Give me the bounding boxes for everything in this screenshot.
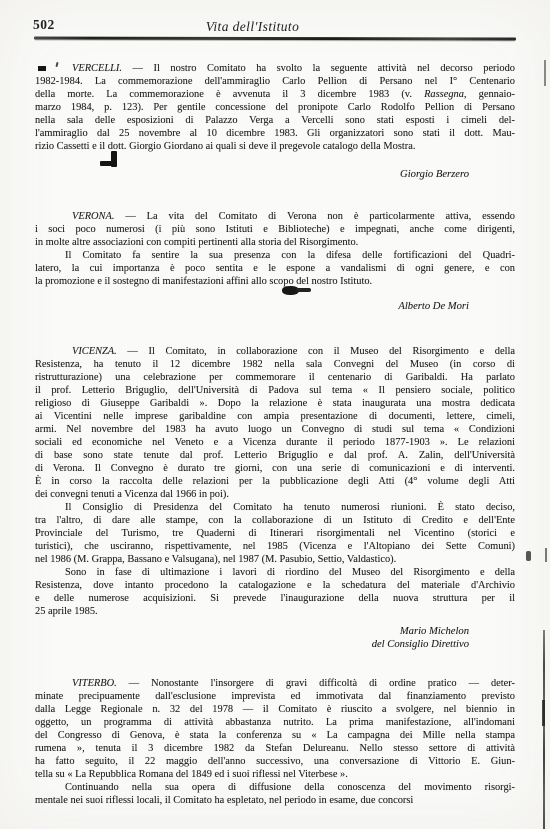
text-line: ai Vicentini nelle imprese garibaldine c… — [35, 410, 515, 423]
text-line: dei convegni tenuti a Vicenza dal 1966 i… — [35, 488, 515, 501]
text-line: i soci poco numerosi (i più sono Istitut… — [35, 223, 515, 236]
paragraph: Sono in fase di ultimazione i lavori di … — [35, 566, 515, 618]
text-line: l'ammiraglio dal 25 novembre al 10 dicem… — [35, 127, 515, 140]
text-line: tra l'altro, di dare alle stampe, con la… — [35, 514, 515, 527]
text-line: nel 1986 (M. Grappa, Bassano e Valsugana… — [35, 553, 515, 566]
paragraph: VITERBO. — Nonostante l'insorgere di gra… — [35, 677, 515, 781]
page-edge-tick — [545, 548, 547, 562]
page-edge-streak-long — [543, 630, 545, 829]
text-line: Sono in fase di ultimazione i lavori di … — [35, 566, 515, 579]
text-line: sociali ed economiche nel Veneto e a Vic… — [35, 436, 515, 449]
text-line: VERONA. — La vita del Comitato di Verona… — [35, 210, 515, 223]
paragraph: Il Consiglio di Presidenza del Comitato … — [35, 501, 515, 566]
text-line: ristrutturazione) una celebrazione per c… — [35, 371, 515, 384]
text-line: Continuando nella sua opera di diffusion… — [35, 781, 515, 794]
text-line: armi. Nel novembre del 1983 ha avuto luo… — [35, 423, 515, 436]
text-line: latero, la cui importanza è poco sentita… — [35, 262, 515, 275]
text-line: in molte altre associazioni con compiti … — [35, 236, 515, 249]
text-line: tella su « La Repubblica Romana del 1849… — [35, 768, 515, 781]
page-edge-blob — [526, 551, 531, 561]
text-line: della morte. La commemorazione è avvenut… — [35, 88, 515, 101]
signature-line: Alberto De Mori — [35, 300, 469, 313]
text-line: 1982-1984. La commemorazione dell'ammira… — [35, 75, 515, 88]
section-vercelli: VERCELLI. — Il nostro Comitato ha svolto… — [35, 62, 515, 181]
running-title: Vita dell'Istituto — [0, 19, 505, 35]
text-line: ha fatto seguito, il 22 maggio dell'anno… — [35, 755, 515, 768]
text-line: oggetto, un programma di attività abbast… — [35, 716, 515, 729]
text-line: la promozione e il sostegno di manifesta… — [35, 275, 515, 288]
text-line: e delle numerose acquisizioni. Si preved… — [35, 592, 515, 605]
section-vicenza: VICENZA. — Il Comitato, in collaborazion… — [35, 345, 515, 651]
page-body: VERCELLI. — Il nostro Comitato ha svolto… — [35, 62, 515, 807]
header-rule — [34, 36, 516, 40]
text-line: rumena », tenuta il 3 dicembre 1982 da S… — [35, 742, 515, 755]
text-line: minate precipuamente dall'esclusione imp… — [35, 690, 515, 703]
section-viterbo: VITERBO. — Nonostante l'insorgere di gra… — [35, 677, 515, 807]
text-line: dalla Legge Regionale n. 32 del 1978 — i… — [35, 703, 515, 716]
section-verona: VERONA. — La vita del Comitato di Verona… — [35, 210, 515, 313]
text-line: turistici), che usciranno, rispettivamen… — [35, 540, 515, 553]
text-line: il prof. Letterio Briguglio, dell'Univer… — [35, 384, 515, 397]
text-line: È in corso la raccolta delle relazioni p… — [35, 475, 515, 488]
text-line: nella sala delle esposizioni di Palazzo … — [35, 114, 515, 127]
paragraph: VERONA. — La vita del Comitato di Verona… — [35, 210, 515, 249]
text-line: VICENZA. — Il Comitato, in collaborazion… — [35, 345, 515, 358]
signature: Alberto De Mori — [35, 300, 515, 313]
page-edge-streak-top — [544, 60, 546, 86]
page-edge-streak-dark — [542, 700, 545, 726]
paragraph: VICENZA. — Il Comitato, in collaborazion… — [35, 345, 515, 501]
text-line: di base sono state tenute dal prof. Lett… — [35, 449, 515, 462]
signature: Giorgio Berzero — [35, 168, 515, 181]
text-line: VERCELLI. — Il nostro Comitato ha svolto… — [35, 62, 515, 75]
paragraph: VERCELLI. — Il nostro Comitato ha svolto… — [35, 62, 515, 153]
text-line: religioso di Giuseppe Garibaldi ». Dopo … — [35, 397, 515, 410]
paragraph: Il Comitato fa sentire la sua presenza c… — [35, 249, 515, 288]
text-line: Il Consiglio di Presidenza del Comitato … — [35, 501, 515, 514]
text-line: di Verona. Il Convegno è durato tre gior… — [35, 462, 515, 475]
text-line: marzo 1984, p. 123). Per gentile concess… — [35, 101, 515, 114]
text-line: 25 aprile 1985. — [35, 605, 515, 618]
text-line: Resistenza, dove intanto procedono la ca… — [35, 579, 515, 592]
text-line: del Congresso di Genova, è stata la conf… — [35, 729, 515, 742]
text-line: VITERBO. — Nonostante l'insorgere di gra… — [35, 677, 515, 690]
text-line: Il Comitato fa sentire la sua presenza c… — [35, 249, 515, 262]
text-line: Provinciale del Turismo, tre Quaderni di… — [35, 527, 515, 540]
text-line: rizio Cassetti e il dott. Giorgio Giorda… — [35, 140, 515, 153]
signature-line: Giorgio Berzero — [35, 168, 469, 181]
text-line: mentale nei suoi riflessi locali, il Com… — [35, 794, 515, 807]
text-line: Resistenza, ha tenuto il 12 dicembre 198… — [35, 358, 515, 371]
signature-line: del Consiglio Direttivo — [35, 638, 469, 651]
signature: Mario Michelondel Consiglio Direttivo — [35, 625, 515, 651]
scanned-page: { "page": { "number": "502", "header_tit… — [0, 0, 550, 829]
signature-line: Mario Michelon — [35, 625, 469, 638]
paragraph: Continuando nella sua opera di diffusion… — [35, 781, 515, 807]
